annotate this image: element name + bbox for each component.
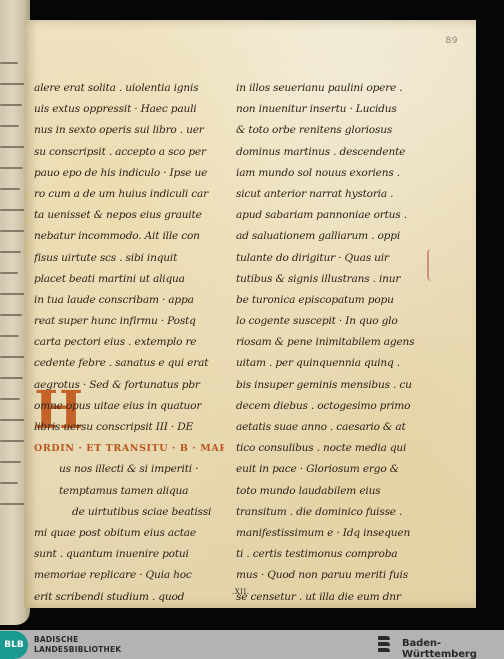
manuscript-line: pauo epo de his indiculo · Ipse ue — [34, 163, 224, 184]
previous-leaf-text-line — [0, 167, 23, 169]
manuscript-line: su conscripsit . accepto a sco per — [34, 142, 224, 163]
manuscript-line: sunt . quantum inuenire potui — [34, 544, 224, 565]
manuscript-line: fisus uirtute scs . sibi inquit — [34, 248, 224, 269]
library-name[interactable]: BADISCHE LANDESBIBLIOTHEK — [34, 635, 121, 655]
manuscript-line: libris uersu conscripsit III · DE — [34, 417, 224, 438]
manuscript-line: temptamus tamen aliqua — [34, 481, 224, 502]
manuscript-line: carta pectori eius . extemplo re — [34, 332, 224, 353]
previous-leaf-text-line — [0, 293, 25, 295]
quire-signature: .XII. — [232, 588, 249, 596]
manuscript-line: nebatur incommodo. Ait ille con — [34, 226, 224, 247]
manuscript-line: be turonica episcopatum popu — [236, 290, 426, 311]
manuscript-line: dominus martinus . descendente — [236, 142, 426, 163]
previous-leaf-text-line — [0, 188, 20, 190]
manuscript-line: uitam . per quinquennia quinq . — [236, 353, 426, 374]
manuscript-line: tutibus & signis illustrans . inur — [236, 269, 426, 290]
previous-leaf-text-line — [0, 83, 25, 85]
manuscript-line: in tua laude conscribam · appa — [34, 290, 224, 311]
manuscript-line: bis insuper geminis mensibus . cu — [236, 375, 426, 396]
manuscript-line: sicut anterior narrat hystoria . — [236, 184, 426, 205]
manuscript-folio: 89 H alere erat solita . uiolentia ignis… — [24, 20, 476, 608]
previous-leaf-text-line — [0, 251, 21, 253]
previous-leaf-text-line — [0, 419, 27, 421]
manuscript-line: manifestissimum e · Idq insequen — [236, 523, 426, 544]
manuscript-line: non inuenitur insertu · Lucidus — [236, 99, 426, 120]
text-column-right: in illos seuerianu paulini opere .non in… — [236, 78, 426, 608]
state-name[interactable]: Baden-Württemberg — [402, 638, 504, 659]
manuscript-line: uis extus oppressit · Haec pauli — [34, 99, 224, 120]
rubric-heading-line: ORDIN · ET TRANSITU · B · MARTI — [34, 438, 224, 459]
manuscript-line: transitum . die dominico fuisse . — [236, 502, 426, 523]
manuscript-line: alere erat solita . uiolentia ignis — [34, 78, 224, 99]
blb-logo[interactable]: BLB — [0, 631, 28, 659]
manuscript-line: ad saluationem galliarum . oppi — [236, 226, 426, 247]
previous-leaf-text-line — [0, 125, 19, 127]
manuscript-line: apud sabariam pannoniae ortus . — [236, 205, 426, 226]
manuscript-line: & toto orbe renitens gloriosus — [236, 120, 426, 141]
manuscript-viewer[interactable]: 89 H alere erat solita . uiolentia ignis… — [0, 0, 504, 630]
previous-leaf-text-line — [0, 272, 18, 274]
manuscript-line: erit scribendi studium . quod — [34, 587, 224, 608]
manuscript-line: riosam & pene inimitabilem agens — [236, 332, 426, 353]
manuscript-line: se censetur . ut illa die eum dnr — [236, 587, 426, 608]
previous-leaf-text-line — [0, 209, 27, 211]
manuscript-line: tulante do dirigitur · Quas uir — [236, 248, 426, 269]
manuscript-line: reat super hunc infirmu · Postq — [34, 311, 224, 332]
manuscript-line: aegrotus · Sed & fortunatus pbr — [34, 375, 224, 396]
manuscript-line: omne opus uitae eius in quatuor — [34, 396, 224, 417]
library-name-line2: LANDESBIBLIOTHEK — [34, 645, 121, 655]
manuscript-line: ro cum a de um huius indiculi car — [34, 184, 224, 205]
text-column-left: alere erat solita . uiolentia ignisuis e… — [34, 78, 224, 608]
footer-bar: BLB BADISCHE LANDESBIBLIOTHEK Baden-Würt… — [0, 630, 504, 659]
manuscript-line: cedente febre . sanatus e qui erat — [34, 353, 224, 374]
manuscript-line: ti . certis testimonus comproba — [236, 544, 426, 565]
previous-leaf-text-line — [0, 104, 22, 106]
manuscript-line: iam mundo sol nouus exoriens . — [236, 163, 426, 184]
previous-leaf-text-line — [0, 146, 26, 148]
previous-leaf-text-line — [0, 314, 22, 316]
previous-leaf-text-line — [0, 230, 24, 232]
manuscript-line: us nos illecti & si imperiti · — [34, 459, 224, 480]
previous-leaf-text-line — [0, 461, 21, 463]
previous-leaf-text-line — [0, 503, 25, 505]
previous-leaf-text-line — [0, 440, 24, 442]
previous-leaf-text-line — [0, 398, 20, 400]
manuscript-line: mus · Quod non paruu meriti fuis — [236, 565, 426, 586]
margin-mark — [427, 249, 437, 281]
previous-leaf-text-line — [0, 62, 18, 64]
manuscript-line: in illos seuerianu paulini opere . — [236, 78, 426, 99]
folio-number: 89 — [446, 36, 458, 46]
manuscript-line: toto mundo laudabilem eius — [236, 481, 426, 502]
manuscript-line: mi quae post obitum eius actae — [34, 523, 224, 544]
manuscript-line: nus in sexto operis sui libro . uer — [34, 120, 224, 141]
manuscript-line: memoriae replicare · Quia hoc — [34, 565, 224, 586]
manuscript-line: ta uenisset & nepos eius grauite — [34, 205, 224, 226]
previous-leaf-text-line — [0, 482, 18, 484]
manuscript-line: placet beati martini ut aliqua — [34, 269, 224, 290]
library-name-line1: BADISCHE — [34, 635, 121, 645]
manuscript-line: lo cogente suscepit · In quo glo — [236, 311, 426, 332]
manuscript-line: euit in pace · Gloriosum ergo & — [236, 459, 426, 480]
previous-leaf-text-line — [0, 356, 26, 358]
previous-leaf-text-line — [0, 377, 23, 379]
manuscript-line: decem diebus . octogesimo primo — [236, 396, 426, 417]
manuscript-line: de uirtutibus sciae beatissi — [34, 502, 224, 523]
manuscript-line: tico consulibus . nocte media qui — [236, 438, 426, 459]
previous-leaf-text-line — [0, 335, 19, 337]
three-lions-icon — [378, 634, 392, 656]
manuscript-line: aetatis suae anno . caesario & at — [236, 417, 426, 438]
